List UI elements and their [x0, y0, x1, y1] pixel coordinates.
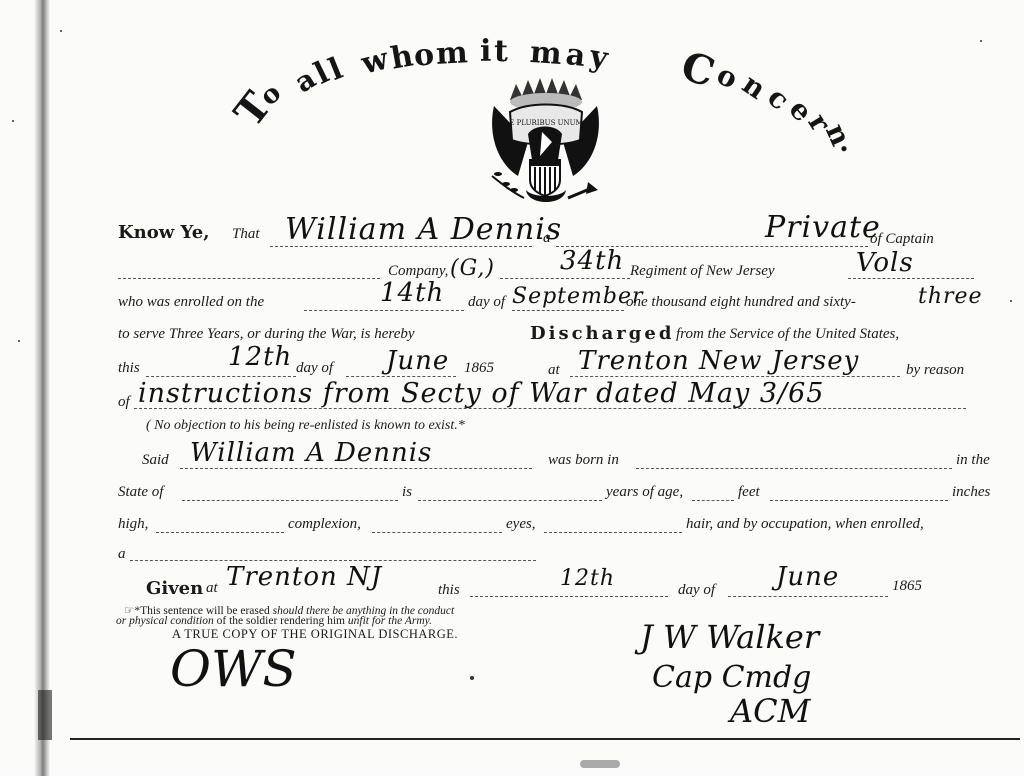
regiment-label: Regiment of New Jersey — [630, 263, 775, 280]
regiment-type-handwritten: Vols — [856, 248, 914, 278]
by-reason-label: by reason — [906, 362, 964, 379]
bottom-border — [70, 738, 1020, 740]
given-day-handwritten: 12th — [560, 566, 615, 591]
officer-unit-signature: ACM — [730, 692, 810, 730]
captain-name-blank — [118, 278, 380, 279]
discharge-place-blank — [570, 376, 900, 377]
said-name-blank — [180, 468, 532, 469]
rank-handwritten: Private — [765, 210, 881, 245]
eagle-emblem-icon: E PLURIBUS UNUM — [488, 72, 603, 214]
this-label: this — [118, 360, 140, 377]
enrolled-year-handwritten: three — [918, 284, 983, 309]
inches-label: inches — [952, 484, 990, 501]
a-occupation-label: a — [118, 546, 126, 563]
discharge-month-blank — [346, 376, 456, 377]
enrolled-year-text: one thousand eight hundred and sixty- — [626, 294, 856, 311]
feet-label: feet — [738, 484, 760, 501]
discharge-place-handwritten: Trenton New Jersey — [578, 346, 859, 376]
given-month-blank — [728, 596, 888, 597]
said-label: Said — [142, 452, 169, 469]
state-of-label: State of — [118, 484, 163, 501]
given-place-handwritten: Trenton NJ — [226, 562, 382, 592]
know-ye-label: Know Ye, — [118, 222, 210, 243]
discharge-document: To all whom it may Concern. T o a l l w … — [0, 0, 1024, 776]
day-of-label: day of — [468, 294, 505, 311]
hair-blank — [544, 532, 682, 533]
of-label: of — [118, 394, 130, 411]
age-blank — [418, 500, 602, 501]
enrolled-month-blank — [512, 310, 624, 311]
given-day-of-label: day of — [678, 582, 715, 599]
soldier-name-handwritten: William A Dennis — [285, 212, 562, 247]
svg-text:E PLURIBUS UNUM: E PLURIBUS UNUM — [509, 119, 582, 127]
no-objection-note: ( No objection to his being re-enlisted … — [146, 418, 465, 434]
given-year: 1865 — [892, 578, 922, 595]
complexion-blank — [156, 532, 284, 533]
of-captain-label: of Captain — [870, 231, 934, 248]
company-handwritten: (G,) — [450, 256, 495, 281]
years-of-age-label: years of age, — [606, 484, 683, 501]
serve-text-1: to serve Three Years, or during the War,… — [118, 326, 415, 343]
hair-occupation-label: hair, and by occupation, when enrolled, — [686, 516, 924, 533]
is-label: is — [402, 484, 412, 501]
initials-signature: OWS — [170, 640, 297, 698]
occupation-blank — [130, 560, 536, 561]
serve-text-2: from the Service of the United States, — [676, 326, 899, 343]
scan-edge-mark — [38, 690, 52, 740]
eyes-blank — [372, 532, 502, 533]
officer-signature: J W Walker — [640, 618, 819, 656]
given-month-handwritten: June — [776, 562, 839, 592]
scan-edge-shadow — [34, 0, 50, 776]
regiment-number-handwritten: 34th — [560, 246, 624, 276]
feet-blank — [692, 500, 734, 501]
born-in-label: was born in — [548, 452, 619, 469]
discharge-day-handwritten: 12th — [228, 342, 292, 372]
a-label: a — [543, 230, 551, 247]
reason-handwritten: instructions from Secty of War dated May… — [138, 378, 824, 409]
given-this-label: this — [438, 582, 460, 599]
given-label: Given — [146, 578, 203, 599]
enrolled-day-handwritten: 14th — [380, 278, 444, 308]
eyes-label: eyes, — [506, 516, 536, 533]
at-label: at — [548, 362, 560, 379]
born-in-blank — [636, 468, 952, 469]
regiment-type-blank — [848, 278, 974, 279]
state-blank — [182, 500, 398, 501]
discharge-month-handwritten: June — [386, 346, 449, 376]
discharged-label: Discharged — [530, 323, 674, 344]
complexion-label: complexion, — [288, 516, 361, 533]
that-label: That — [232, 226, 260, 243]
day-of-label-2: day of — [296, 360, 333, 377]
said-name-handwritten: William A Dennis — [190, 438, 432, 468]
enrolled-day-blank — [304, 310, 464, 311]
discharge-day-blank — [146, 376, 296, 377]
officer-title-signature: Cap Cmdg — [652, 660, 811, 695]
discharge-year: 1865 — [464, 360, 494, 377]
footnote-line-2: or physical condition of the soldier ren… — [116, 615, 432, 627]
enrolled-month-handwritten: September — [512, 284, 644, 309]
enrolled-label: who was enrolled on the — [118, 294, 264, 311]
inches-blank — [770, 500, 948, 501]
given-day-blank — [470, 596, 668, 597]
in-the-label: in the — [956, 452, 990, 469]
given-at-label: at — [206, 580, 218, 597]
regiment-number-blank — [500, 278, 630, 279]
high-label: high, — [118, 516, 148, 533]
